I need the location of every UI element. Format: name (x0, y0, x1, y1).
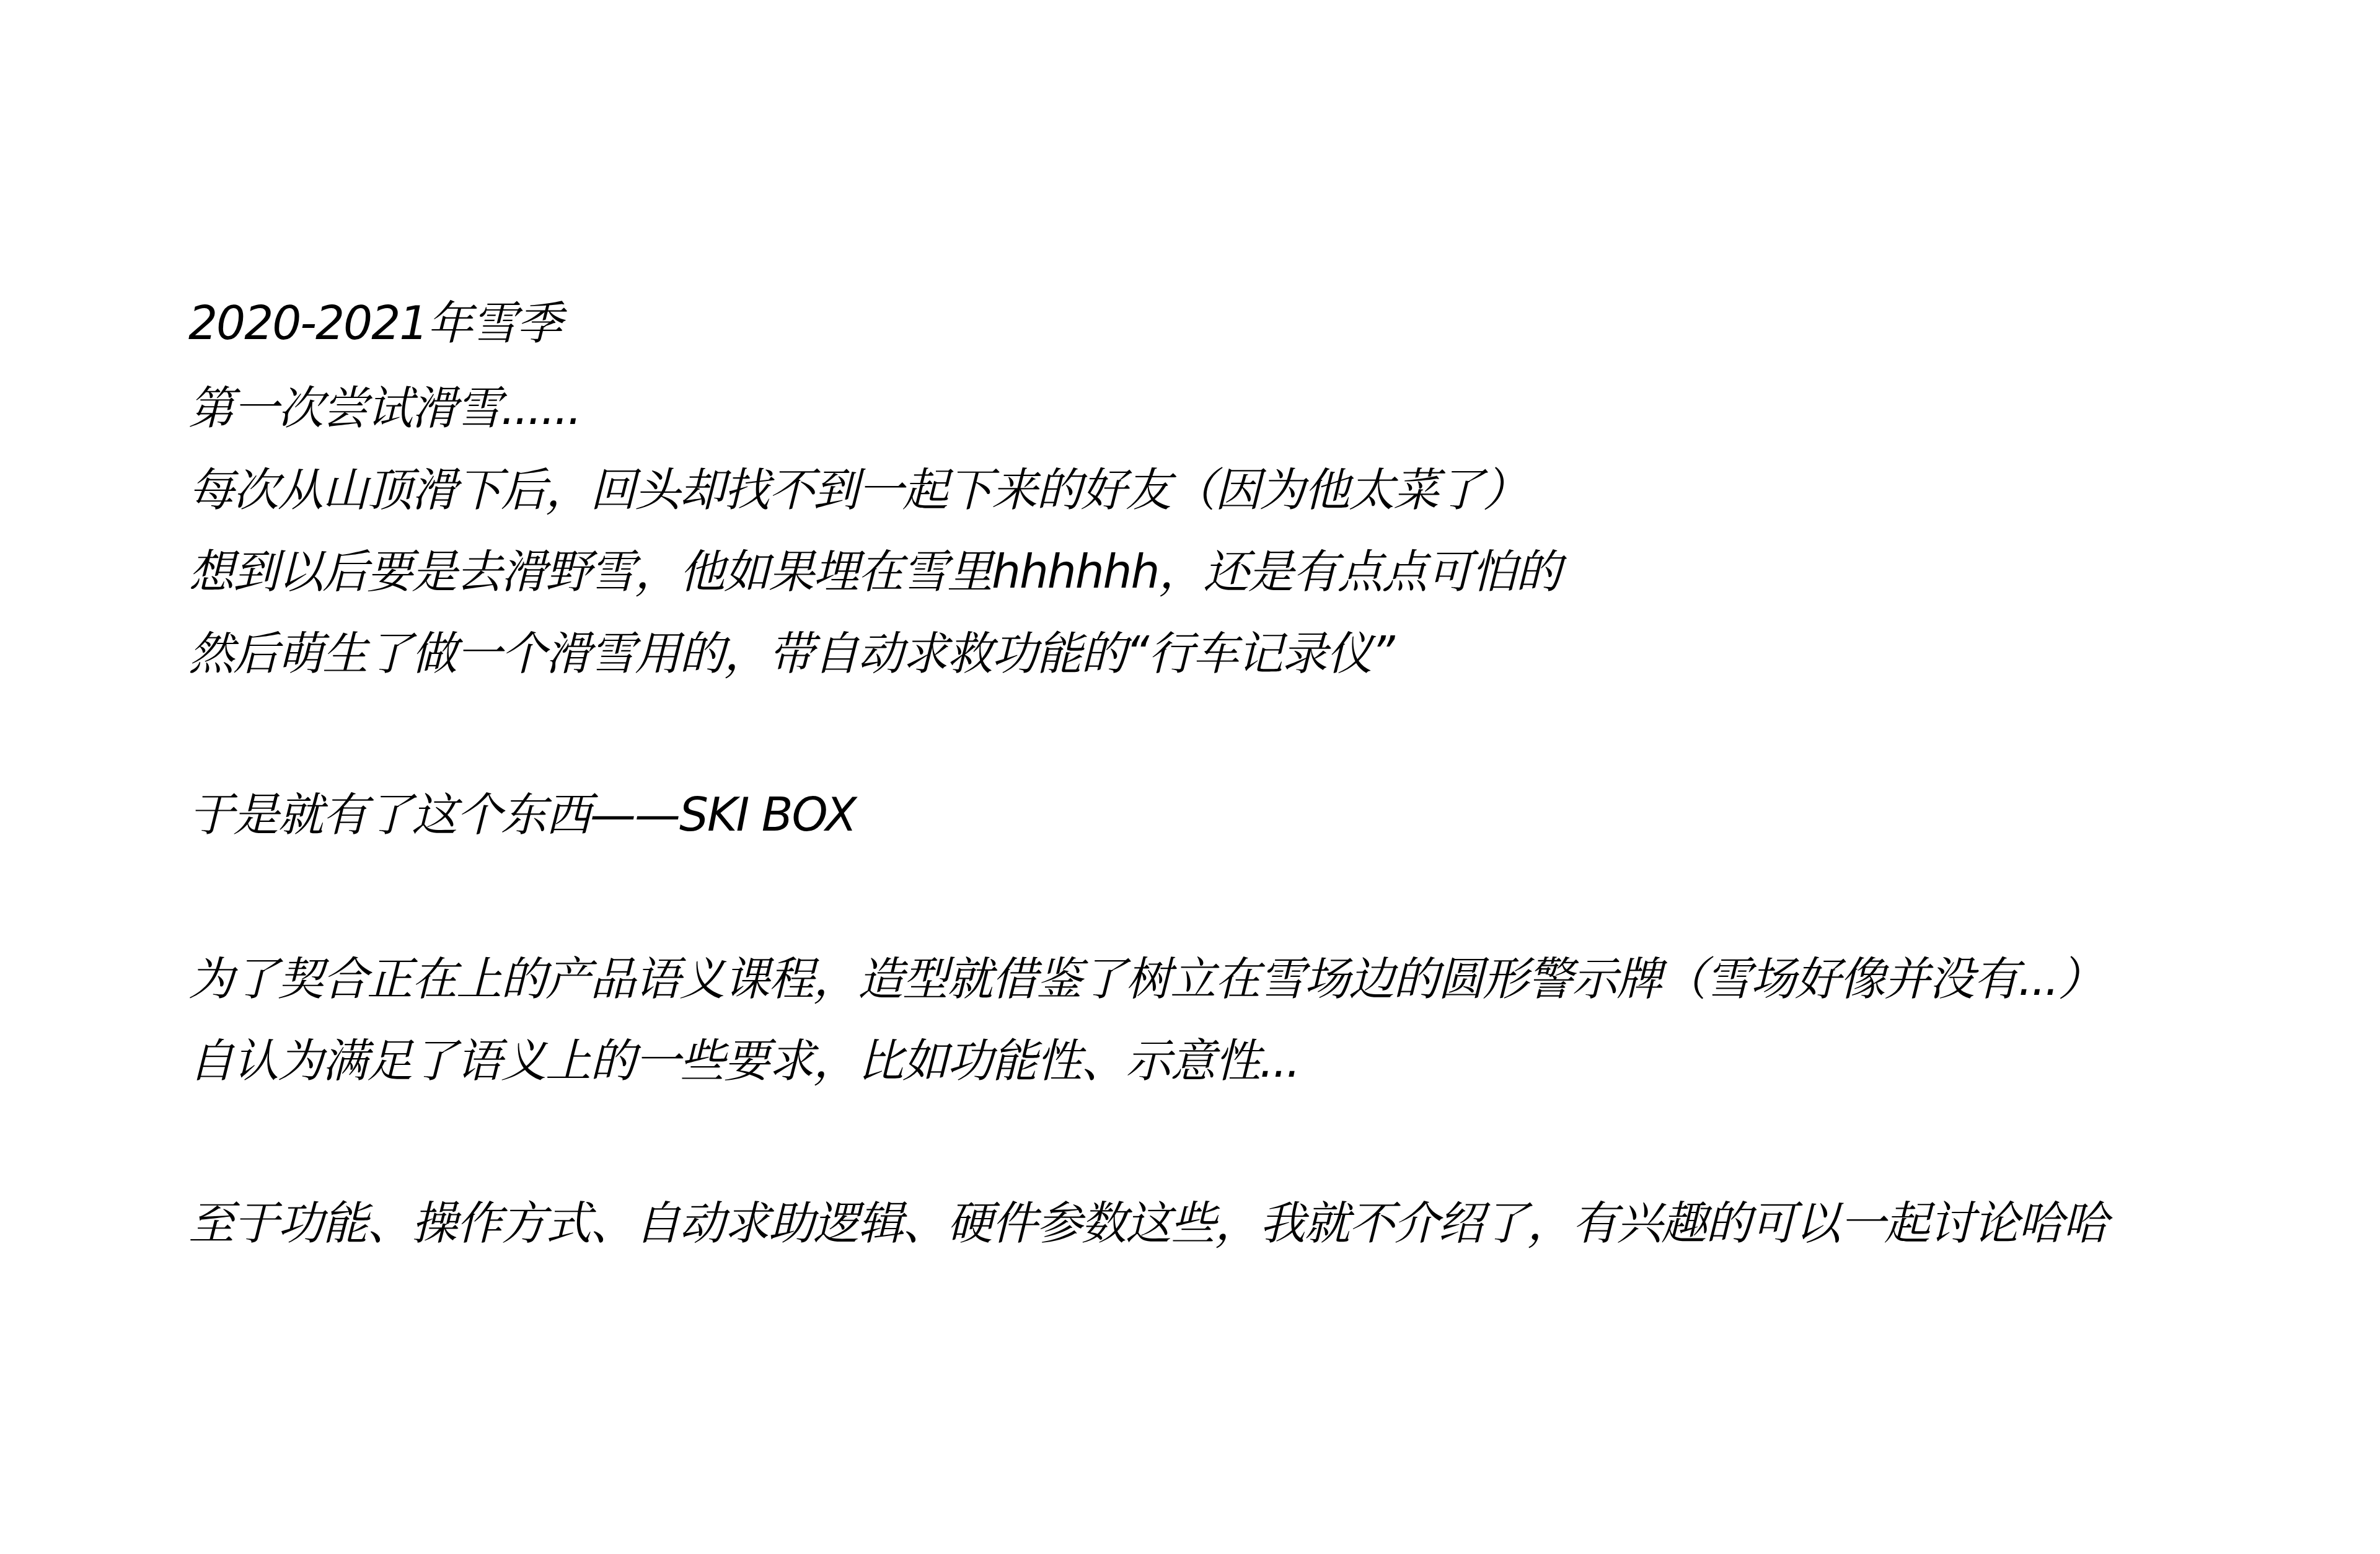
season-heading: 2020-2021年雪季 (188, 293, 561, 355)
paragraph-line-design-inspiration: 为了契合正在上的产品语义课程，造型就借鉴了树立在雪场边的圆形警示牌（雪场好像并没… (188, 948, 2103, 1010)
paragraph-line-idea: 然后萌生了做一个滑雪用的，带自动求救功能的“行车记录仪” (188, 623, 1394, 685)
paragraph-line-closing: 至于功能、操作方式、自动求助逻辑、硬件参数这些，我就不介绍了，有兴趣的可以一起讨… (188, 1193, 2107, 1255)
paragraph-line-first-try: 第一次尝试滑雪...... (188, 377, 581, 439)
paragraph-line-backcountry: 想到以后要是去滑野雪，他如果埋在雪里hhhhhh，还是有点点可怕的 (188, 541, 1560, 603)
product-intro-line: 于是就有了这个东西——SKI BOX (188, 784, 856, 846)
paragraph-line-friend-lost: 每次从山顶滑下后，回头却找不到一起下来的好友（因为他太菜了） (188, 459, 1527, 521)
paragraph-line-semantics: 自认为满足了语义上的一些要求，比如功能性、示意性... (188, 1030, 1300, 1092)
